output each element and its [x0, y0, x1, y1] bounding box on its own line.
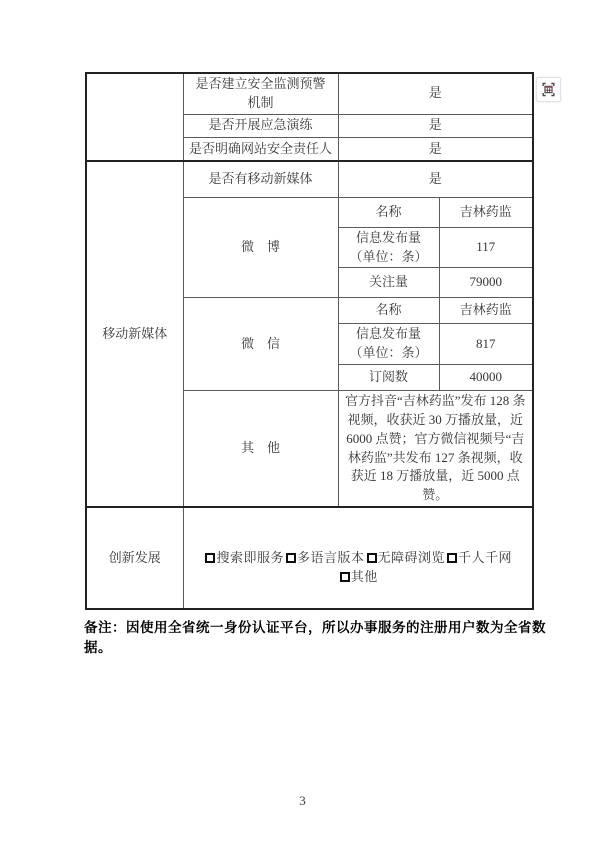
security-row-label: 是否开展应急演练	[183, 114, 338, 137]
page-number: 3	[0, 793, 605, 809]
checkbox-accessibility[interactable]	[367, 553, 377, 563]
other-media-description: 官方抖音“吉林药监”发布 128 条视频，收获近 30 万播放量，近 6000 …	[338, 391, 533, 508]
metric-value: 40000	[439, 365, 533, 391]
section-label-innovation: 创新发展	[86, 507, 183, 609]
report-table: 是否建立安全监测预警 机制 是 是否开展应急演练 是 是否明确网站安全责任人 是…	[85, 72, 534, 610]
weibo-label: 微 博	[183, 197, 338, 298]
innovation-options: 搜索即服务多语言版本无障碍浏览千人千网其他	[183, 507, 533, 609]
checkbox-option-label: 搜索即服务	[216, 550, 284, 565]
security-row-label: 是否明确网站安全责任人	[183, 137, 338, 161]
other-media-label: 其 他	[183, 391, 338, 508]
security-row-label: 是否建立安全监测预警 机制	[183, 73, 338, 114]
checkbox-option-label: 其他	[351, 569, 378, 584]
metric-value: 吉林药监	[439, 298, 533, 324]
metric-value: 79000	[439, 268, 533, 298]
metric-value: 817	[439, 324, 533, 365]
checkbox-search-service[interactable]	[205, 553, 215, 563]
metric-label: 信息发布量 （单位：条）	[338, 227, 439, 268]
checkbox-option-label: 千人千网	[458, 550, 512, 565]
checkbox-other[interactable]	[340, 572, 350, 582]
table-capture-icon	[540, 81, 557, 98]
table-capture-button[interactable]	[536, 77, 561, 102]
checkbox-personalized-web[interactable]	[447, 553, 457, 563]
section-label-mobile-media: 移动新媒体	[86, 161, 183, 507]
metric-value: 117	[439, 227, 533, 268]
security-row-value: 是	[338, 73, 533, 114]
security-row-value: 是	[338, 114, 533, 137]
checkbox-option-label: 无障碍浏览	[378, 550, 446, 565]
has-mobile-label: 是否有移动新媒体	[183, 161, 338, 197]
wechat-label: 微 信	[183, 298, 338, 391]
metric-label: 关注量	[338, 268, 439, 298]
metric-value: 吉林药监	[439, 197, 533, 227]
metric-label: 名称	[338, 197, 439, 227]
has-mobile-value: 是	[338, 161, 533, 197]
footnote-text: 备注：因使用全省统一身份认证平台，所以办事服务的注册用户数为全省数据。	[84, 616, 554, 656]
metric-label: 订阅数	[338, 365, 439, 391]
checkbox-multilingual[interactable]	[286, 553, 296, 563]
checkbox-option-label: 多语言版本	[297, 550, 365, 565]
metric-label: 名称	[338, 298, 439, 324]
section-label-empty	[86, 73, 183, 161]
metric-label: 信息发布量 （单位：条）	[338, 324, 439, 365]
security-row-value: 是	[338, 137, 533, 161]
